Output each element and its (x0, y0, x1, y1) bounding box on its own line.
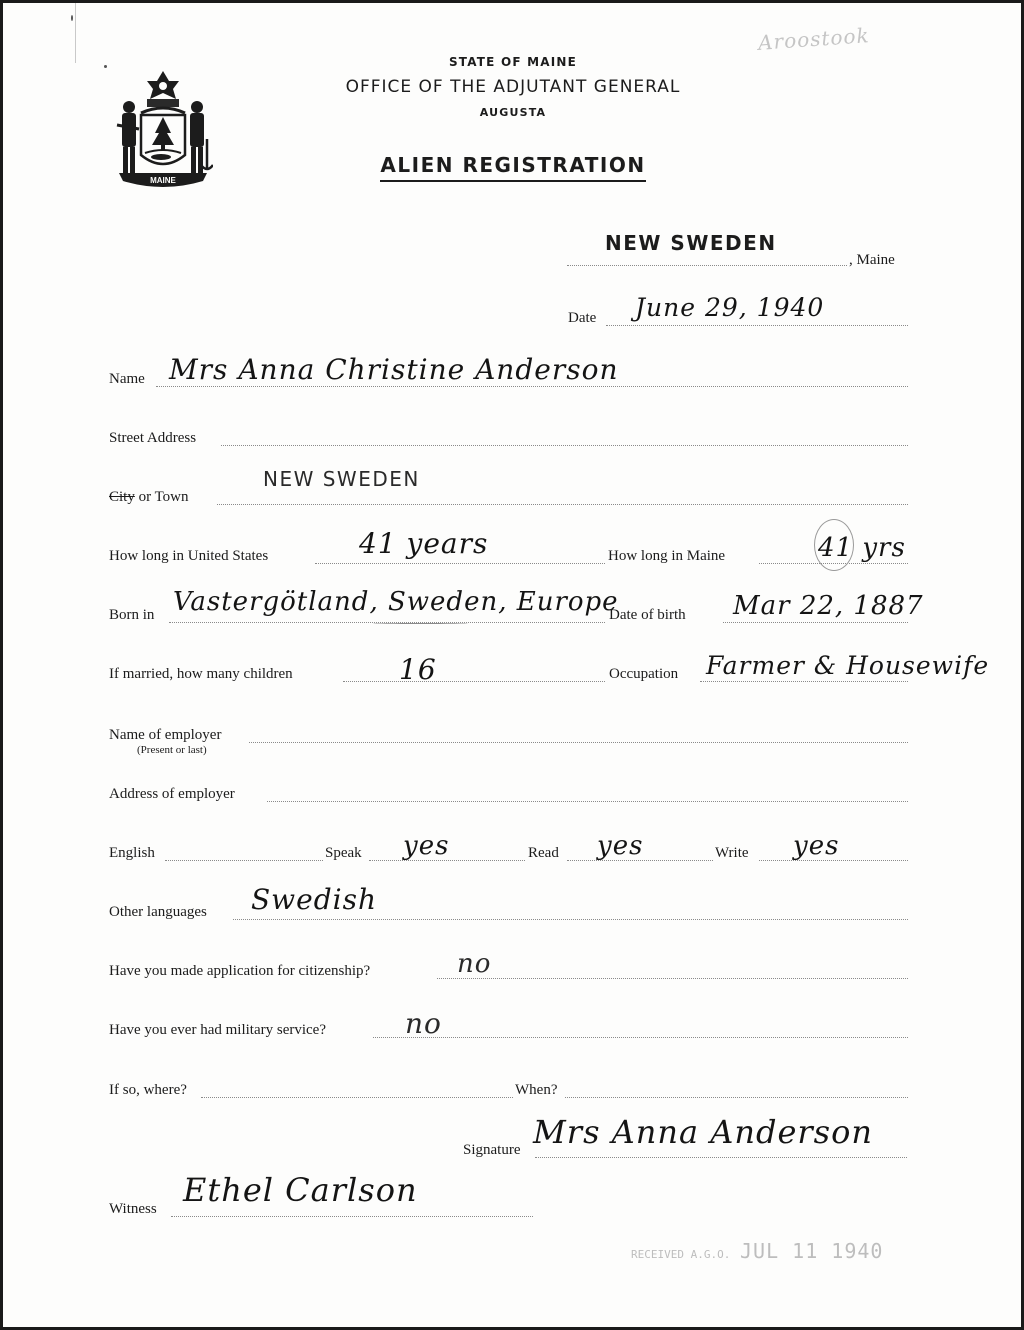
received-stamp-prefix: RECEIVED A.G.O. (631, 1248, 730, 1261)
read-label: Read (528, 845, 559, 862)
city-or-town-label: City or Town (109, 489, 189, 506)
military-service-field[interactable]: no (405, 1007, 442, 1040)
paper-speck (104, 65, 107, 68)
employer-name-label: Name of employer (109, 727, 221, 744)
occupation-field[interactable]: Farmer & Housewife (706, 651, 989, 680)
citizenship-field[interactable]: no (457, 949, 491, 979)
name-label: Name (109, 371, 145, 388)
employer-address-label: Address of employer (109, 786, 235, 803)
born-in-field[interactable]: Vastergötland, Sweden, Europe (173, 587, 619, 617)
occupation-line (700, 681, 908, 682)
employer-address-line (267, 801, 908, 802)
signature-field[interactable]: Mrs Anna Anderson (533, 1113, 873, 1151)
occupation-label: Occupation (609, 666, 678, 683)
pencil-underline (373, 623, 468, 624)
other-languages-field[interactable]: Swedish (251, 883, 377, 916)
write-label: Write (715, 845, 749, 862)
received-stamp: RECEIVED A.G.O. JUL 11 1940 (631, 1239, 883, 1263)
form-title-text: ALIEN REGISTRATION (380, 153, 645, 182)
employer-name-sublabel: (Present or last) (137, 744, 207, 756)
employer-name-line (249, 742, 908, 743)
name-line (156, 386, 908, 387)
svg-text:MAINE: MAINE (150, 176, 176, 185)
town-header-value[interactable]: NEW SWEDEN (605, 231, 777, 255)
date-of-birth-label: Date of birth (609, 607, 686, 624)
citizenship-label: Have you made application for citizenshi… (109, 963, 370, 980)
registration-form-page: Aroostook MAINE STATE OF MAINE OFFICE OF… (3, 3, 1021, 1327)
name-field[interactable]: Mrs Anna Christine Anderson (169, 353, 618, 386)
children-field[interactable]: 16 (399, 653, 437, 686)
how-long-maine-label: How long in Maine (608, 548, 725, 565)
if-so-where-line (201, 1097, 513, 1098)
other-languages-label: Other languages (109, 904, 207, 921)
town-header-suffix: , Maine (849, 252, 895, 269)
form-title: ALIEN REGISTRATION (323, 153, 703, 182)
when-line (565, 1097, 908, 1098)
town-label: or Town (135, 489, 189, 505)
read-field[interactable]: yes (597, 831, 643, 861)
military-service-label: Have you ever had military service? (109, 1022, 326, 1039)
speak-field[interactable]: yes (403, 831, 449, 861)
received-stamp-date: JUL 11 1940 (740, 1239, 883, 1263)
witness-line (171, 1216, 533, 1217)
city-or-town-line (217, 504, 908, 505)
town-header-line (567, 265, 847, 266)
paper-speck (71, 15, 73, 21)
how-long-us-field[interactable]: 41 years (359, 527, 488, 560)
corner-pencil-note: Aroostook (757, 23, 870, 55)
citizenship-line (437, 978, 908, 979)
paper-crease (75, 3, 76, 63)
date-of-birth-field[interactable]: Mar 22, 1887 (733, 591, 924, 621)
maine-state-seal-icon: MAINE (113, 69, 213, 193)
children-label: If married, how many children (109, 666, 293, 683)
header-office: OFFICE OF THE ADJUTANT GENERAL (323, 77, 703, 97)
header-state: STATE OF MAINE (323, 55, 703, 69)
born-in-label: Born in (109, 607, 154, 624)
english-line (165, 860, 323, 861)
signature-line (535, 1157, 907, 1158)
other-languages-line (233, 919, 908, 920)
military-service-line (373, 1037, 908, 1038)
write-field[interactable]: yes (793, 831, 839, 861)
speak-label: Speak (325, 845, 362, 862)
city-or-town-field[interactable]: NEW SWEDEN (263, 467, 420, 491)
if-so-where-label: If so, where? (109, 1082, 187, 1099)
how-long-us-label: How long in United States (109, 548, 268, 565)
date-field[interactable]: June 29, 1940 (635, 293, 824, 322)
date-of-birth-line (723, 622, 908, 623)
city-label-struck: City (109, 489, 135, 505)
how-long-maine-field[interactable]: 41 yrs (818, 533, 906, 563)
date-label: Date (568, 310, 596, 327)
witness-field[interactable]: Ethel Carlson (183, 1171, 418, 1209)
signature-label: Signature (463, 1142, 521, 1159)
children-line (343, 681, 605, 682)
street-address-label: Street Address (109, 430, 196, 447)
english-label: English (109, 845, 155, 862)
date-line (606, 325, 908, 326)
witness-label: Witness (109, 1201, 157, 1218)
street-address-line (221, 445, 908, 446)
header-city: AUGUSTA (323, 106, 703, 119)
when-label: When? (515, 1082, 557, 1099)
how-long-us-line (315, 563, 605, 564)
